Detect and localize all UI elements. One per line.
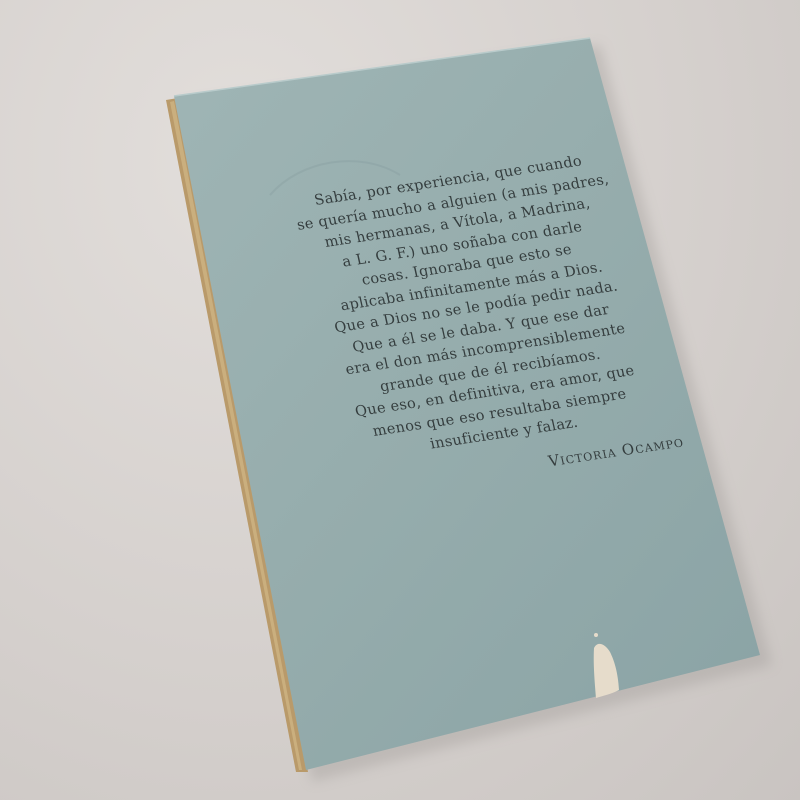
back-cover-quote: Sabía, por experiencia, que cuando se qu…: [268, 145, 692, 505]
cover-tear-speck: [594, 633, 598, 637]
